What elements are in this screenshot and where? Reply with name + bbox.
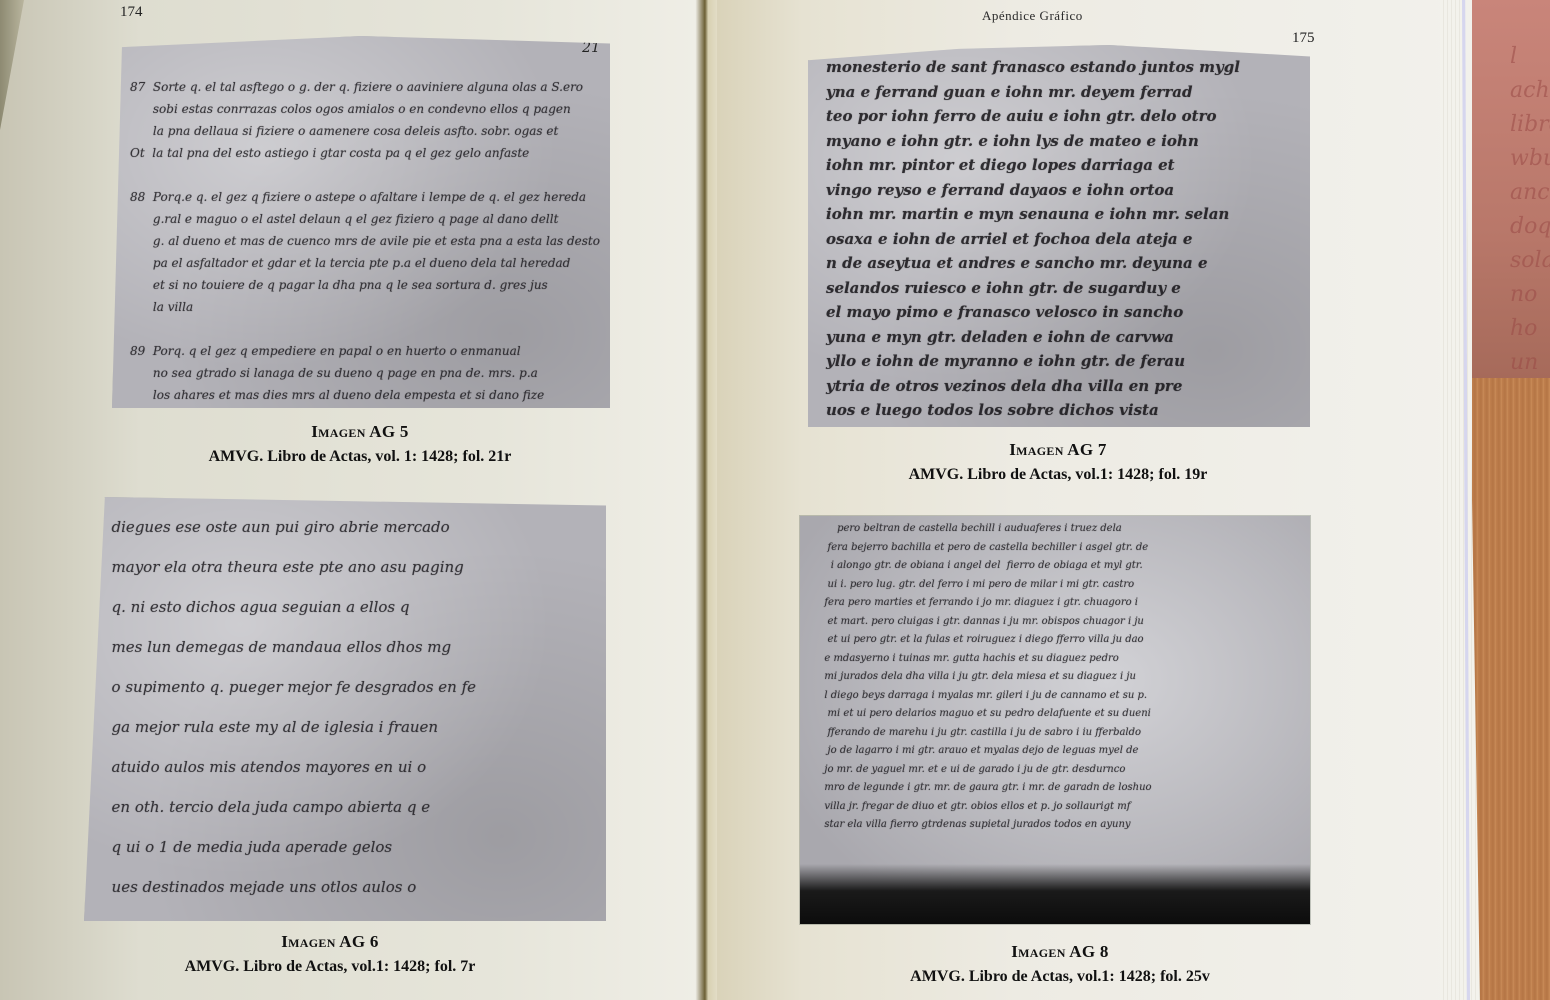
right-page: Apéndice Gráfico 175 monesterio de sant … bbox=[712, 0, 1472, 1000]
manuscript-text: pero beltran de castella bechill i audua… bbox=[800, 516, 1310, 924]
figure-caption-ag7: Imagen AG 7 AMVG. Libro de Actas, vol.1:… bbox=[808, 440, 1308, 484]
left-page: 174 21 87 Sorte q. el tal asftego o g. d… bbox=[0, 0, 700, 1000]
manuscript-dark-edge bbox=[800, 864, 1310, 924]
manuscript-text: 87 Sorte q. el tal asftego o g. der q. f… bbox=[112, 36, 610, 408]
figure-source: AMVG. Libro de Actas, vol.1: 1428; fol. … bbox=[808, 466, 1308, 484]
figure-title: Imagen AG 6 bbox=[100, 932, 560, 952]
manuscript-text: diegues ese oste aun pui giro abrie merc… bbox=[84, 497, 606, 921]
manuscript-image-ag5: 21 87 Sorte q. el tal asftego o g. der q… bbox=[112, 36, 610, 408]
figure-source: AMVG. Libro de Actas, vol.1: 1428; fol. … bbox=[100, 958, 560, 976]
manuscript-text: monesterio de sant franasco estando junt… bbox=[808, 45, 1310, 427]
figure-caption-ag8: Imagen AG 8 AMVG. Libro de Actas, vol.1:… bbox=[800, 942, 1320, 986]
figure-caption-ag6: Imagen AG 6 AMVG. Libro de Actas, vol.1:… bbox=[100, 932, 560, 976]
page-number-left: 174 bbox=[120, 4, 143, 21]
page-number-right: 175 bbox=[1292, 30, 1315, 47]
figure-source: AMVG. Libro de Actas, vol.1: 1428; fol. … bbox=[800, 968, 1320, 986]
book-gutter bbox=[695, 0, 717, 1000]
figure-title: Imagen AG 7 bbox=[808, 440, 1308, 460]
manuscript-image-ag8: pero beltran de castella bechill i audua… bbox=[800, 516, 1310, 924]
left-page-stack-edge bbox=[0, 0, 24, 130]
figure-source: AMVG. Libro de Actas, vol. 1: 1428; fol.… bbox=[110, 448, 610, 466]
figure-caption-ag5: Imagen AG 5 AMVG. Libro de Actas, vol. 1… bbox=[110, 422, 610, 466]
figure-title: Imagen AG 8 bbox=[800, 942, 1320, 962]
manuscript-image-ag6: diegues ese oste aun pui giro abrie merc… bbox=[84, 497, 606, 921]
running-head: Apéndice Gráfico bbox=[982, 8, 1083, 24]
figure-title: Imagen AG 5 bbox=[110, 422, 610, 442]
manuscript-image-ag7: monesterio de sant franasco estando junt… bbox=[808, 45, 1310, 427]
